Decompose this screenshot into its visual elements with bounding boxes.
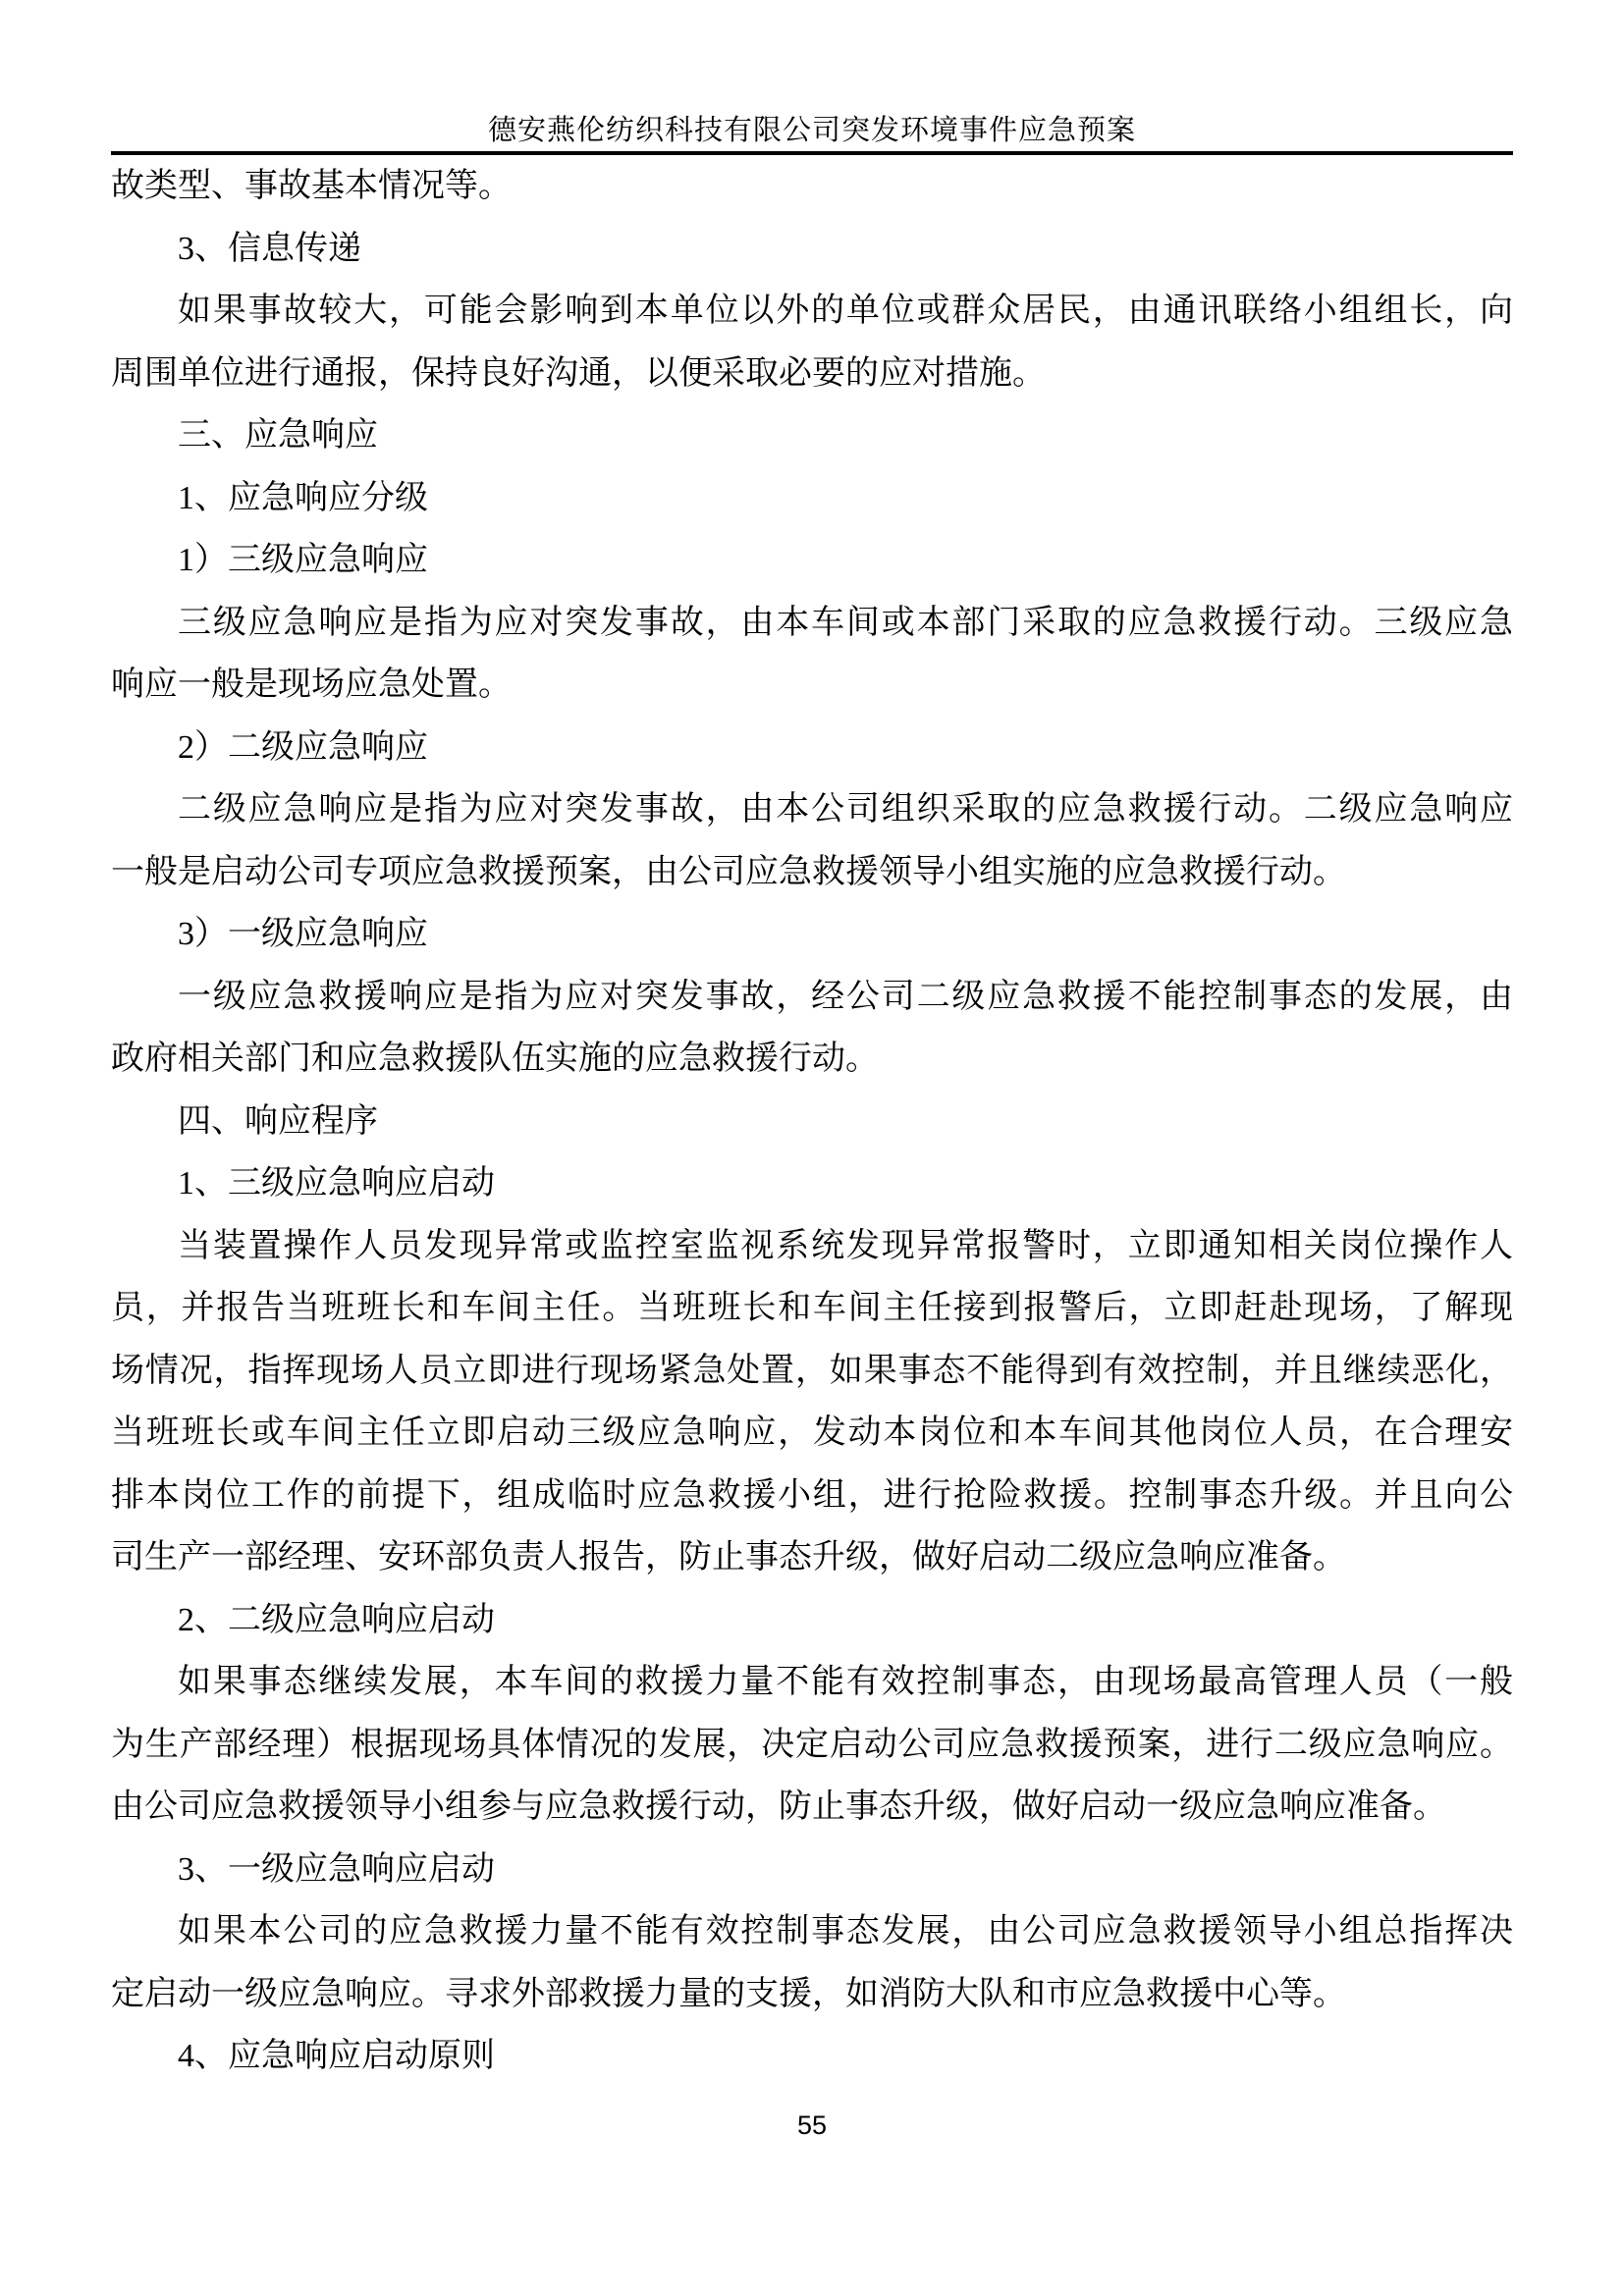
paragraph: 一级应急救援响应是指为应对突发事故，经公司二级应急救援不能控制事态的发展，由政府… xyxy=(111,966,1513,1091)
page-footer: 55 xyxy=(0,2109,1624,2142)
text-line: 场情况，指挥现场人员立即进行现场紧急处置，如果事态不能得到有效控制，并且继续恶化… xyxy=(111,1340,1513,1403)
paragraph: 三、应急响应 xyxy=(111,404,1513,467)
paragraph: 当装置操作人员发现异常或监控室监视系统发现异常报警时，立即通知相关岗位操作人员，… xyxy=(111,1215,1513,1589)
text-line: 故类型、事故基本情况等。 xyxy=(111,155,1513,218)
paragraph: 3、信息传递 xyxy=(111,218,1513,281)
text-line: 2、二级应急响应启动 xyxy=(111,1589,1513,1652)
text-line: 排本岗位工作的前提下，组成临时应急救援小组，进行抢险救援。控制事态升级。并且向公 xyxy=(111,1465,1513,1527)
text-line: 政府相关部门和应急救援队伍实施的应急救援行动。 xyxy=(111,1028,1513,1091)
text-line: 为生产部经理）根据现场具体情况的发展，决定启动公司应急救援预案，进行二级应急响应… xyxy=(111,1714,1513,1777)
paragraph: 四、响应程序 xyxy=(111,1091,1513,1153)
text-line: 定启动一级应急响应。寻求外部救援力量的支援，如消防大队和市应急救援中心等。 xyxy=(111,1963,1513,2026)
text-line: 三级应急响应是指为应对突发事故，由本车间或本部门采取的应急救援行动。三级应急 xyxy=(111,592,1513,655)
text-line: 如果事态继续发展，本车间的救援力量不能有效控制事态，由现场最高管理人员（一般 xyxy=(111,1651,1513,1714)
text-line: 3、信息传递 xyxy=(111,218,1513,281)
paragraph: 1）三级应急响应 xyxy=(111,529,1513,592)
paragraph: 如果事态继续发展，本车间的救援力量不能有效控制事态，由现场最高管理人员（一般为生… xyxy=(111,1651,1513,1839)
paragraph: 如果事故较大，可能会影响到本单位以外的单位或群众居民，由通讯联络小组组长，向周围… xyxy=(111,280,1513,404)
text-line: 1）三级应急响应 xyxy=(111,529,1513,592)
paragraph: 1、应急响应分级 xyxy=(111,467,1513,530)
paragraph: 二级应急响应是指为应对突发事故，由本公司组织采取的应急救援行动。二级应急响应一般… xyxy=(111,778,1513,903)
document-body: 故类型、事故基本情况等。3、信息传递如果事故较大，可能会影响到本单位以外的单位或… xyxy=(111,155,1513,2088)
text-line: 一般是启动公司专项应急救援预案，由公司应急救援领导小组实施的应急救援行动。 xyxy=(111,841,1513,904)
paragraph: 1、三级应急响应启动 xyxy=(111,1152,1513,1215)
text-line: 4、应急响应启动原则 xyxy=(111,2025,1513,2088)
paragraph: 故类型、事故基本情况等。 xyxy=(111,155,1513,218)
text-line: 2）二级应急响应 xyxy=(111,717,1513,779)
document-page: 德安燕伦纺织科技有限公司突发环境事件应急预案 故类型、事故基本情况等。3、信息传… xyxy=(0,0,1624,2296)
text-line: 当班班长或车间主任立即启动三级应急响应，发动本岗位和本车间其他岗位人员，在合理安 xyxy=(111,1402,1513,1465)
paragraph: 如果本公司的应急救援力量不能有效控制事态发展，由公司应急救援领导小组总指挥决定启… xyxy=(111,1900,1513,2025)
page-number: 55 xyxy=(797,2110,827,2140)
text-line: 如果本公司的应急救援力量不能有效控制事态发展，由公司应急救援领导小组总指挥决 xyxy=(111,1900,1513,1963)
text-line: 一级应急救援响应是指为应对突发事故，经公司二级应急救援不能控制事态的发展，由 xyxy=(111,966,1513,1029)
text-line: 四、响应程序 xyxy=(111,1091,1513,1153)
text-line: 响应一般是现场应急处置。 xyxy=(111,654,1513,717)
paragraph: 3、一级应急响应启动 xyxy=(111,1839,1513,1901)
page-header: 德安燕伦纺织科技有限公司突发环境事件应急预案 xyxy=(111,0,1513,155)
text-line: 司生产一部经理、安环部负责人报告，防止事态升级，做好启动二级应急响应准备。 xyxy=(111,1526,1513,1589)
paragraph: 3）一级应急响应 xyxy=(111,903,1513,966)
text-line: 3）一级应急响应 xyxy=(111,903,1513,966)
text-line: 当装置操作人员发现异常或监控室监视系统发现异常报警时，立即通知相关岗位操作人 xyxy=(111,1215,1513,1278)
text-line: 1、应急响应分级 xyxy=(111,467,1513,530)
paragraph: 4、应急响应启动原则 xyxy=(111,2025,1513,2088)
text-line: 周围单位进行通报，保持良好沟通，以便采取必要的应对措施。 xyxy=(111,343,1513,405)
paragraph: 2）二级应急响应 xyxy=(111,717,1513,779)
paragraph: 2、二级应急响应启动 xyxy=(111,1589,1513,1652)
text-line: 3、一级应急响应启动 xyxy=(111,1839,1513,1901)
paragraph: 三级应急响应是指为应对突发事故，由本车间或本部门采取的应急救援行动。三级应急响应… xyxy=(111,592,1513,717)
text-line: 如果事故较大，可能会影响到本单位以外的单位或群众居民，由通讯联络小组组长，向 xyxy=(111,280,1513,343)
document-header-title: 德安燕伦纺织科技有限公司突发环境事件应急预案 xyxy=(488,115,1136,146)
text-line: 员，并报告当班班长和车间主任。当班班长和车间主任接到报警后，立即赶赴现场，了解现 xyxy=(111,1277,1513,1340)
text-line: 二级应急响应是指为应对突发事故，由本公司组织采取的应急救援行动。二级应急响应 xyxy=(111,778,1513,841)
text-line: 三、应急响应 xyxy=(111,404,1513,467)
text-line: 1、三级应急响应启动 xyxy=(111,1152,1513,1215)
text-line: 由公司应急救援领导小组参与应急救援行动，防止事态升级，做好启动一级应急响应准备。 xyxy=(111,1776,1513,1839)
